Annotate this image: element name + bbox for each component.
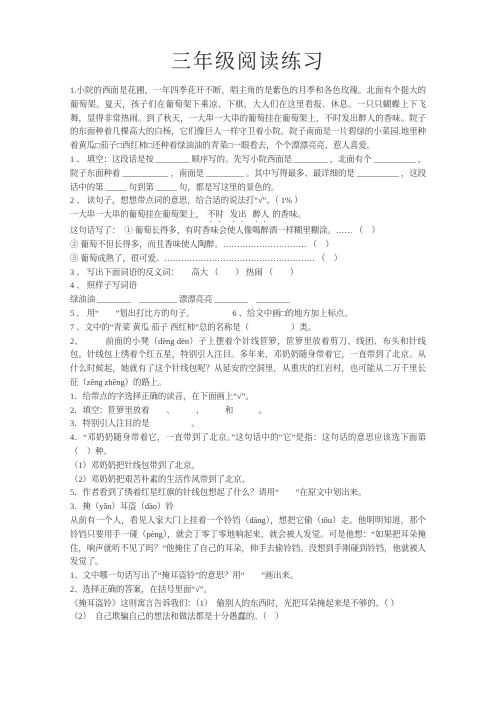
s1-q2-dotword-1: 不时 bbox=[207, 210, 224, 219]
s2-question-5: 5．作者看到了绣着红星红旗的针线包想起了什么？请用“ ”在原文中划出来。 bbox=[70, 486, 426, 500]
s1-q2-sentence-pre: 一大串一大串的葡萄挂在葡萄架上， bbox=[70, 210, 204, 219]
s1-question-3: 3 、 写出下面词语的反义词： 高大 （ ） 热闹 （ ） bbox=[70, 266, 426, 280]
s2-q4-option-2: （2）邓奶奶把艰苦朴素的生活作风带到了北京。 bbox=[70, 473, 426, 487]
section-3: 3．掩（yǎn）耳盗（dào）铃 从前有一个人，看见人家大门上挂着一个铃铛（dā… bbox=[70, 500, 426, 624]
s1-q2-dotword-3: 醉人 bbox=[253, 210, 270, 219]
s1-question-1: 1 、 填空：这段话是按 ________ 顺序写的。先写小院西面是 _____… bbox=[70, 153, 426, 194]
s2-question-3: 3．特别引人注目的是 。 bbox=[70, 417, 426, 431]
s3-question-1: 1、文中哪一句话写出了“掩耳盗铃”的意思？用“ ”画出来。 bbox=[70, 569, 426, 583]
s1-q2-sentence: 一大串一大串的葡萄挂在葡萄架上，不时发出醉人的香味。 bbox=[70, 208, 426, 224]
section-2: 2、 前面的小凳（dèng dèn）子上摆着个针线笸箩，笸箩里放着剪刀、线团、布… bbox=[70, 335, 426, 501]
s1-question-2: 2 、 读句子，想想带点词的意思，给合适的说法打“√”。（ 1% ） bbox=[70, 194, 426, 208]
s1-q2-option-2: ② 葡萄不但长得多，而且香味使人陶醉。………………………… （ ） bbox=[70, 238, 426, 252]
s1-question-5-6: 5 、 用“ ”划出打比方的句子。 6 、给文中画□的地方加上标点。 bbox=[70, 307, 426, 321]
s3-question-2: 2、选择正确的答案，在括号里面“√”。 bbox=[70, 583, 426, 597]
section-1: 1.小院的西面是花圃，一年四季花开不断，唱主角的是紫色的月季和各色玫瑰。北面有个… bbox=[70, 84, 426, 335]
document-page: 三年级阅读练习 1.小院的西面是花圃，一年四季花开不断，唱主角的是紫色的月季和各… bbox=[0, 0, 496, 702]
document-content: 三年级阅读练习 1.小院的西面是花圃，一年四季花开不断，唱主角的是紫色的月季和各… bbox=[0, 0, 496, 624]
s3-q2-option-2: （2） 自己欺骗自己的想法和做法都是十分愚蠢的。（ ） bbox=[70, 610, 426, 624]
s1-q2-sentence-post: 的香味。 bbox=[272, 210, 306, 219]
passage-1: 1.小院的西面是花圃，一年四季花开不断，唱主角的是紫色的月季和各色玫瑰。北面有个… bbox=[70, 84, 426, 153]
s1-q2-dotword-2: 发出 bbox=[230, 210, 247, 219]
passage-2: 2、 前面的小凳（dèng dèn）子上摆着个针线笸箩，笸箩里放着剪刀、线团、布… bbox=[70, 335, 426, 390]
s3-heading: 3．掩（yǎn）耳盗（dào）铃 bbox=[70, 500, 426, 514]
s1-q2-option-3: ③ 葡萄成熟了，很可爱。……………………………………………… （ ） bbox=[70, 252, 426, 266]
s1-q2-option-1: 这句话写了： ① 葡萄长得多，有时香味会使人像喝醉酒一样糊里糊涂。…… （ ） bbox=[70, 224, 426, 238]
s1-q4-words: 绿油油 ________ _________ 漂漂亮亮 ________ ___… bbox=[70, 293, 426, 307]
s1-question-7: 7 、文中的“青菜 黄瓜 茄子 西红柿”总的名称是（ ）类。 bbox=[70, 321, 426, 335]
s3-q2-option-1: 《掩耳盗铃》这则寓言告诉我们：（1） 偷别人的东西时，光把耳朵掩起来是不够的。（… bbox=[70, 597, 426, 611]
s2-question-1: 1．给带点的字选择正确的读音，在下面画上“√”。 bbox=[70, 390, 426, 404]
s2-q4-option-1: （1）邓奶奶把针线包带到了北京。 bbox=[70, 459, 426, 473]
page-title: 三年级阅读练习 bbox=[70, 48, 426, 76]
s2-question-2: 2．填空：笸箩里放着 、 、 和 。 bbox=[70, 404, 426, 418]
s1-question-4: 4 、 照样子写词语 bbox=[70, 279, 426, 293]
s2-question-4: 4．“邓奶奶随身带着它，一直带到了北京。”这句话中的“它”是指：这句话的意思应该… bbox=[70, 431, 426, 459]
passage-3: 从前有一个人，看见人家大门上挂着一个铃铛（dāng），想把它偷（tōu）走。他明… bbox=[70, 514, 426, 569]
